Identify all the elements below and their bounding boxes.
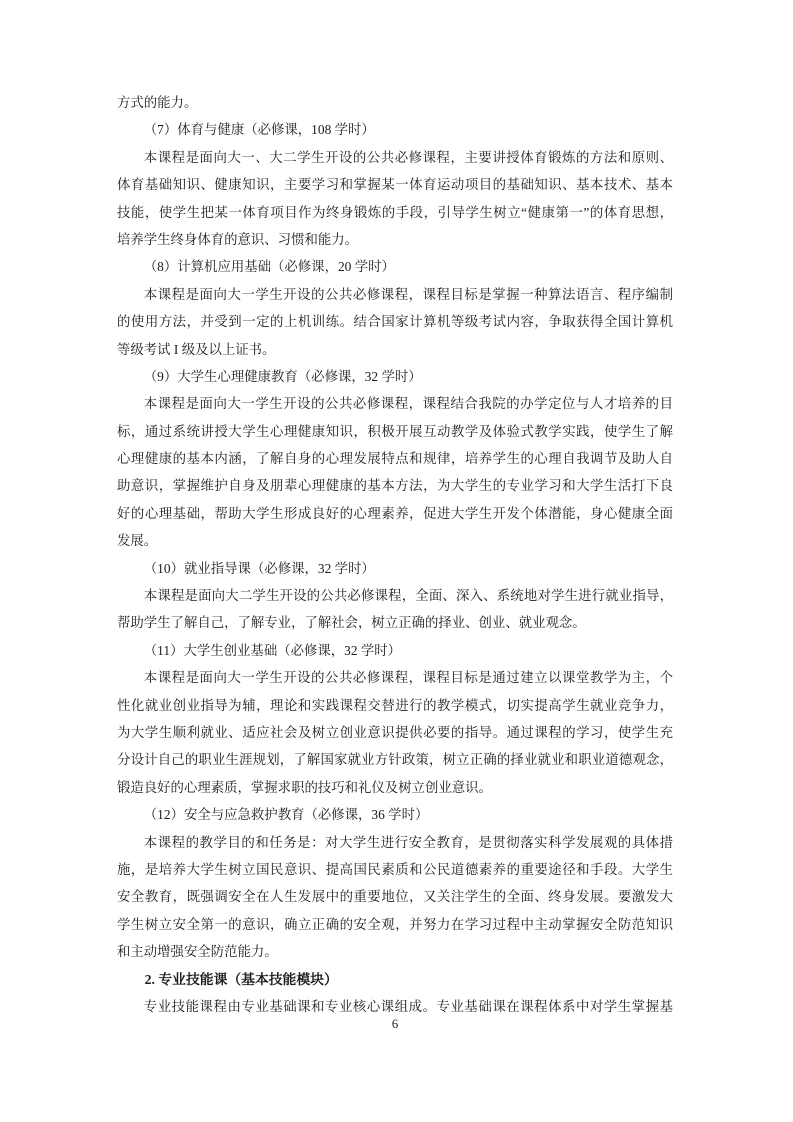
text-line: 本课程是面向大一学生开设的公共必修课程，课程目标是通过建立以课堂教学为主，个 [117, 664, 673, 691]
text-line: 帮助学生了解自己，了解专业，了解社会，树立正确的择业、创业、就业观念。 [117, 609, 673, 636]
text-line: 本课程是面向大一学生开设的公共必修课程，课程结合我院的办学定位与人才培养的目 [117, 390, 673, 417]
course-heading-line: （9）大学生心理健康教育（必修课，32 学时） [117, 363, 673, 390]
text-line: 本课程是面向大一、大二学生开设的公共必修课程，主要讲授体育锻炼的方法和原则、 [117, 144, 673, 171]
text-line: 分设计自己的职业生涯规划，了解国家就业方针政策，树立正确的择业就业和职业道德观念… [117, 746, 673, 773]
text-line: 标，通过系统讲授大学生心理健康知识，积极开展互动教学及体验式教学实践，使学生了解 [117, 418, 673, 445]
course-heading-line: （10）就业指导课（必修课，32 学时） [117, 555, 673, 582]
document-content: 方式的能力。（7）体育与健康（必修课，108 学时）本课程是面向大一、大二学生开… [117, 89, 673, 1020]
text-line: 本课程是面向大二学生开设的公共必修课程，全面、深入、系统地对学生进行就业指导， [117, 582, 673, 609]
text-line: 锻造良好的心理素质，掌握求职的技巧和礼仪及树立创业意识。 [117, 774, 673, 801]
page-number: 6 [117, 1016, 673, 1032]
course-heading-line: （8）计算机应用基础（必修课，20 学时） [117, 253, 673, 280]
text-line: 本课程的教学目的和任务是：对大学生进行安全教育，是贯彻落实科学发展观的具体措 [117, 829, 673, 856]
document-page: 方式的能力。（7）体育与健康（必修课，108 学时）本课程是面向大一、大二学生开… [0, 0, 793, 1122]
course-heading-line: （11）大学生创业基础（必修课，32 学时） [117, 637, 673, 664]
text-line: 好的心理基础，帮助大学生形成良好的心理素养，促进大学生开发个体潜能，身心健康全面 [117, 500, 673, 527]
text-line: 发展。 [117, 527, 673, 554]
text-line: 培养学生终身体育的意识、习惯和能力。 [117, 226, 673, 253]
text-line: 的使用方法，并受到一定的上机训练。结合国家计算机等级考试内容，争取获得全国计算机 [117, 308, 673, 335]
text-line: 方式的能力。 [117, 89, 673, 116]
text-line: 技能，使学生把某一体育项目作为终身锻炼的手段，引导学生树立“健康第一”的体育思想… [117, 199, 673, 226]
text-line: 助意识，掌握维护自身及朋辈心理健康的基本方法，为大学生的专业学习和大学生活打下良 [117, 472, 673, 499]
course-heading-line: （12）安全与应急救护教育（必修课，36 学时） [117, 801, 673, 828]
text-line: 等级考试 I 级及以上证书。 [117, 336, 673, 363]
text-line: 心理健康的基本内涵，了解自身的心理发展特点和规律，培养学生的心理自我调节及助人自 [117, 445, 673, 472]
text-line: 为大学生顺利就业、适应社会及树立创业意识提供必要的指导。通过课程的学习，使学生充 [117, 719, 673, 746]
text-line: 学生树立安全第一的意识，确立正确的安全观，并努力在学习过程中主动掌握安全防范知识 [117, 911, 673, 938]
course-heading-line: （7）体育与健康（必修课，108 学时） [117, 116, 673, 143]
text-line: 安全教育，既强调安全在人生发展中的重要地位，又关注学生的全面、终身发展。要激发大 [117, 883, 673, 910]
text-line: 性化就业创业指导为辅，理论和实践课程交替进行的教学模式，切实提高学生就业竞争力， [117, 692, 673, 719]
section-heading-line: 2. 专业技能课（基本技能模块） [117, 966, 673, 993]
text-line: 施，是培养大学生树立国民意识、提高国民素质和公民道德素养的重要途径和手段。大学生 [117, 856, 673, 883]
text-line: 体育基础知识、健康知识，主要学习和掌握某一体育运动项目的基础知识、基本技术、基本 [117, 171, 673, 198]
text-line: 本课程是面向大一学生开设的公共必修课程，课程目标是掌握一种算法语言、程序编制 [117, 281, 673, 308]
text-line: 和主动增强安全防范能力。 [117, 938, 673, 965]
